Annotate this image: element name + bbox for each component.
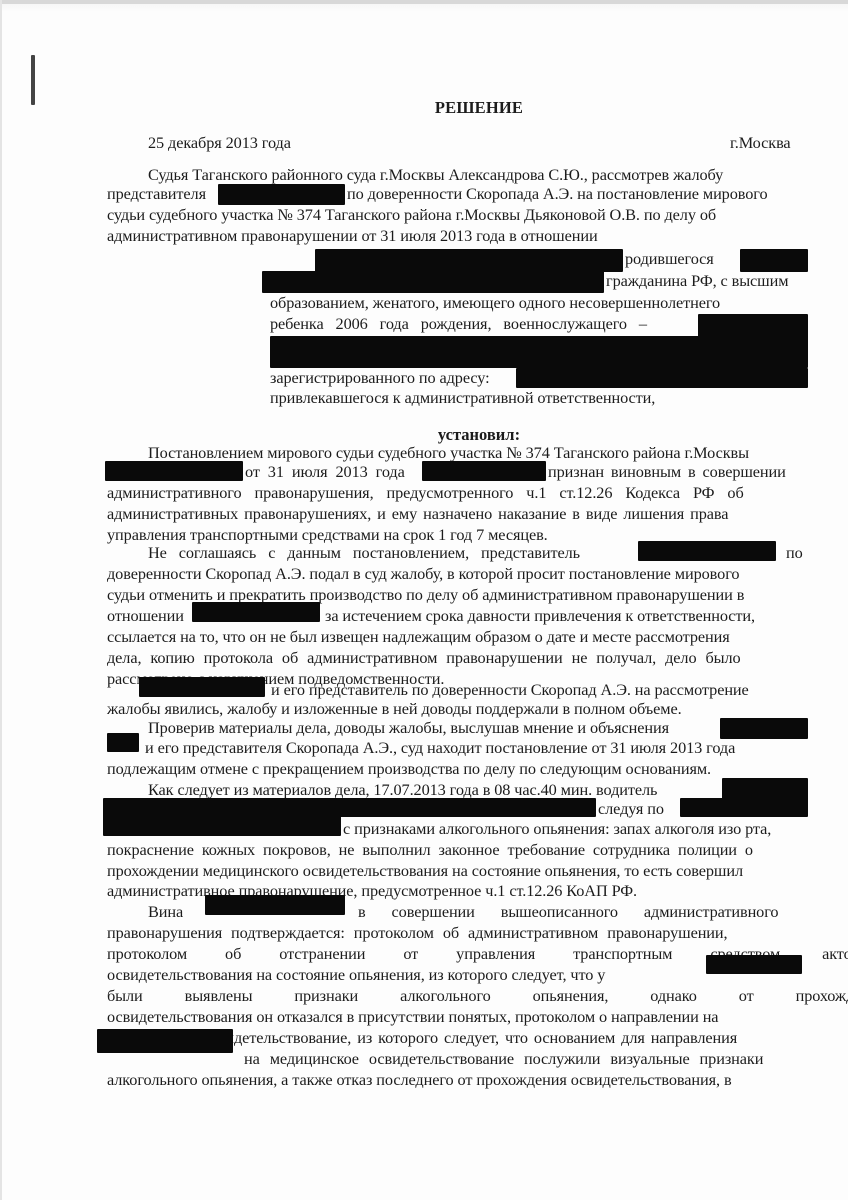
intro-line-8: ребенка 2006 года рождения, военнослужащ… (270, 315, 647, 333)
document-title: РЕШЕНИЕ (0, 98, 848, 118)
p6-line-2: правонарушения подтверждается: протоколо… (107, 924, 803, 942)
intro-line-2a: представителя (107, 185, 206, 203)
p5-line-5: прохождении медицинского освидетельствов… (107, 862, 743, 880)
p4-line-1: Проверив материалы дела, доводы жалобы, … (148, 719, 669, 737)
p5-line-1: Как следует из материалов дела, 17.07.20… (148, 781, 657, 799)
p6-line-3: протоколом об отстранении от управления … (107, 945, 803, 963)
p2-line-2: доверенности Скоропад А.Э. подал в суд ж… (107, 565, 739, 583)
redaction (270, 336, 808, 368)
document-date: 25 декабря 2013 года (148, 134, 291, 152)
redaction (107, 733, 139, 752)
section-heading: установил: (0, 425, 848, 445)
redaction (139, 677, 265, 697)
p5-line-2: следуя по (598, 800, 664, 818)
redaction (315, 249, 623, 272)
redaction (722, 778, 808, 800)
redaction (698, 314, 808, 338)
p2-line-6: дела, копию протокола об административно… (107, 649, 803, 667)
redaction (706, 955, 802, 974)
redaction (638, 541, 776, 561)
redaction (720, 718, 808, 739)
p4-line-3: подлежащим отмене с прекращением произво… (107, 760, 711, 778)
intro-line-10: привлекавшегося к административной ответ… (270, 389, 655, 407)
paragraph-text: в совершении вышеописанного администрати… (358, 903, 778, 921)
paragraph-text: правонарушения подтверждается: протоколо… (107, 924, 728, 942)
intro-text: судьи судебного участка № 374 Таганского… (107, 206, 716, 224)
p1-line-4: административных правонарушениях, и ему … (107, 505, 803, 523)
p6-line-1a: Вина (148, 903, 183, 921)
p2-line-1b: по (786, 544, 803, 562)
paragraph-text: Постановлением мирового судьи судебного … (148, 444, 749, 462)
redaction (103, 815, 341, 836)
p6-line-4: освидетельствования на состояние опьянен… (107, 966, 605, 984)
scanned-page: РЕШЕНИЕ 25 декабря 2013 года г.Москва Су… (0, 0, 848, 1200)
page-left-edge (0, 0, 2, 1200)
intro-line-5: родившегося (625, 250, 714, 268)
p6-line-1b: в совершении вышеописанного администрати… (358, 903, 803, 921)
intro-line-7: образованием, женатого, имеющего одного … (270, 294, 803, 312)
document-title-text: РЕШЕНИЕ (325, 98, 523, 117)
redaction (422, 461, 546, 481)
paragraph-text: покраснение кожных покровов, не выполнил… (107, 841, 753, 859)
p5-line-4: покраснение кожных покровов, не выполнил… (107, 841, 803, 859)
redaction (192, 602, 320, 622)
redaction (740, 249, 808, 272)
intro-text: образованием, женатого, имеющего одного … (270, 294, 720, 312)
p6-line-5: были выявлены признаки алкогольного опья… (107, 987, 803, 1005)
redaction (218, 184, 345, 205)
p2-line-5: ссылается на то, что он не был извещен н… (107, 628, 730, 646)
p3-line-2: жалобы явились, жалобу и изложенные в не… (107, 700, 682, 718)
p3-line-1: и его представитель по доверенности Скор… (271, 681, 749, 699)
intro-line-4: административном правонарушении от 31 ию… (107, 227, 598, 245)
document-city: г.Москва (730, 134, 791, 152)
page-top-edge (0, 0, 848, 4)
intro-text: Судья Таганского районного суда г.Москвы… (148, 166, 723, 184)
p5-line-3: с признаками алкогольного опьянения: зап… (343, 820, 771, 838)
redaction (105, 461, 243, 481)
p2-line-4a: отношении (107, 607, 184, 625)
redaction (97, 1029, 233, 1053)
p6-line-6: освидетельствования он отказался в прису… (107, 1008, 718, 1026)
p5-line-6: административное правонарушение, предусм… (107, 882, 637, 900)
paragraph-text: административного правонарушения, предус… (107, 484, 744, 502)
p2-line-1a: Не соглашаясь с данным постановлением, п… (148, 544, 580, 562)
intro-line-9: зарегистрированного по адресу: (270, 369, 490, 387)
p6-line-8: на медицинское освидетельствование послу… (244, 1050, 763, 1068)
redaction (516, 368, 808, 388)
p2-line-4b: за истечением срока давности привлечения… (325, 607, 755, 625)
p4-line-2: и его представителя Скоропада А.Э., суд … (145, 739, 735, 757)
paragraph-text: дела, копию протокола об административно… (107, 649, 741, 667)
p6-line-9: алкогольного опьянения, а также отказ по… (107, 1071, 732, 1089)
p1-line-2b: признан виновным в совершении (548, 463, 786, 481)
intro-line-1: Судья Таганского районного суда г.Москвы… (148, 166, 803, 184)
p1-line-1: Постановлением мирового судьи судебного … (148, 444, 803, 462)
redaction (262, 271, 604, 293)
p1-line-3: административного правонарушения, предус… (107, 484, 803, 502)
section-heading-text: установил: (328, 425, 520, 444)
redaction (205, 895, 345, 915)
paragraph-text: были выявлены признаки алкогольного опья… (107, 987, 848, 1005)
p1-line-2a: от 31 июля 2013 года (245, 463, 405, 481)
intro-line-2b: по доверенности Скоропада А.Э. на постан… (347, 185, 768, 203)
intro-line-3: судьи судебного участка № 374 Таганского… (107, 206, 803, 224)
intro-line-6: гражданина РФ, с высшим (606, 272, 788, 290)
paragraph-text: административных правонарушениях, и ему … (107, 505, 728, 523)
redaction (680, 798, 808, 817)
p1-line-5: управления транспортными средствами на с… (107, 526, 548, 544)
